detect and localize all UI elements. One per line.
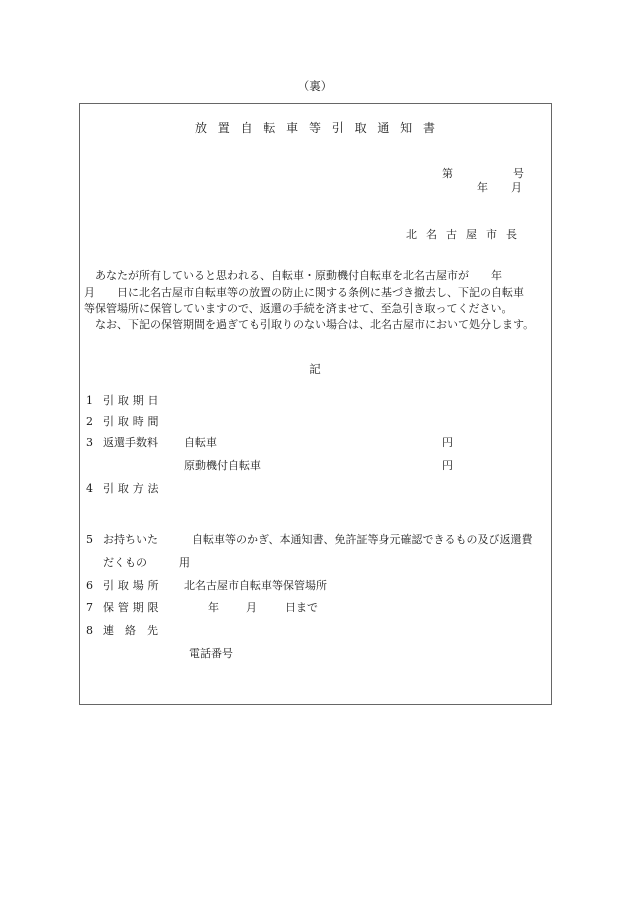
- fee-moped-label: 原動機付自転車: [184, 460, 261, 471]
- phone-number-label: 電話番号: [189, 648, 233, 659]
- item-label-pickup-place: 引取場所: [103, 580, 162, 591]
- date-month: 月: [511, 182, 522, 193]
- item-label-bring-items: お持ちいた: [103, 534, 158, 545]
- body-line-4: なお、下記の保管期間を過ぎても引取りのない場合は、北名古屋市において処分します。: [95, 319, 560, 330]
- bring-items-value: 自転車等のかぎ、本通知書、免許証等身元確認できるもの及び返還費: [192, 534, 533, 545]
- item-number: 7: [86, 602, 93, 613]
- number-suffix: 号: [513, 168, 524, 179]
- deadline-year: 年: [208, 602, 219, 613]
- item-number: 8: [86, 625, 93, 636]
- body-line-3: 等保管場所に保管していますので、返還の手続を済ませて、至急引き取ってください。: [84, 303, 549, 314]
- item-label-pickup-date: 引取期日: [103, 395, 162, 406]
- item-label-storage-deadline: 保管期限: [103, 602, 162, 613]
- number-prefix: 第: [442, 168, 453, 179]
- bring-items-value-cont: 用: [179, 557, 190, 568]
- item-number: 6: [86, 580, 93, 591]
- pickup-place-value: 北名古屋市自転車等保管場所: [184, 580, 327, 591]
- item-label-contact: 連 絡 先: [103, 625, 158, 636]
- fee-moped-unit: 円: [442, 460, 453, 471]
- body-line-1: あなたが所有していると思われる、自転車・原動機付自転車を北名古屋市が 年: [95, 270, 560, 281]
- deadline-month: 月: [246, 602, 257, 613]
- item-label-pickup-method: 引取方法: [103, 483, 162, 494]
- item-number: 1: [86, 395, 93, 406]
- date-year: 年: [477, 182, 488, 193]
- item-number: 2: [86, 416, 93, 427]
- item-number: 4: [86, 483, 93, 494]
- item-number: 3: [86, 437, 93, 448]
- item-label-pickup-time: 引取時間: [103, 416, 162, 427]
- issuer-name: 北 名 古 屋 市 長: [406, 229, 520, 240]
- document-title: 放置自転車等引取通知書: [0, 122, 630, 134]
- item-number: 5: [86, 534, 93, 545]
- item-label-return-fee: 返還手数料: [103, 437, 158, 448]
- fee-bicycle-label: 自転車: [184, 437, 217, 448]
- fee-bicycle-unit: 円: [442, 437, 453, 448]
- page-side-label: （裏）: [0, 81, 630, 93]
- body-line-2: 月 日に北名古屋市自転車等の放置の防止に関する条例に基づき撤去し、下記の自転車: [84, 287, 549, 298]
- item-label-bring-items-cont: だくもの: [103, 557, 147, 568]
- ki-heading: 記: [0, 364, 630, 376]
- deadline-day: 日まで: [285, 602, 318, 613]
